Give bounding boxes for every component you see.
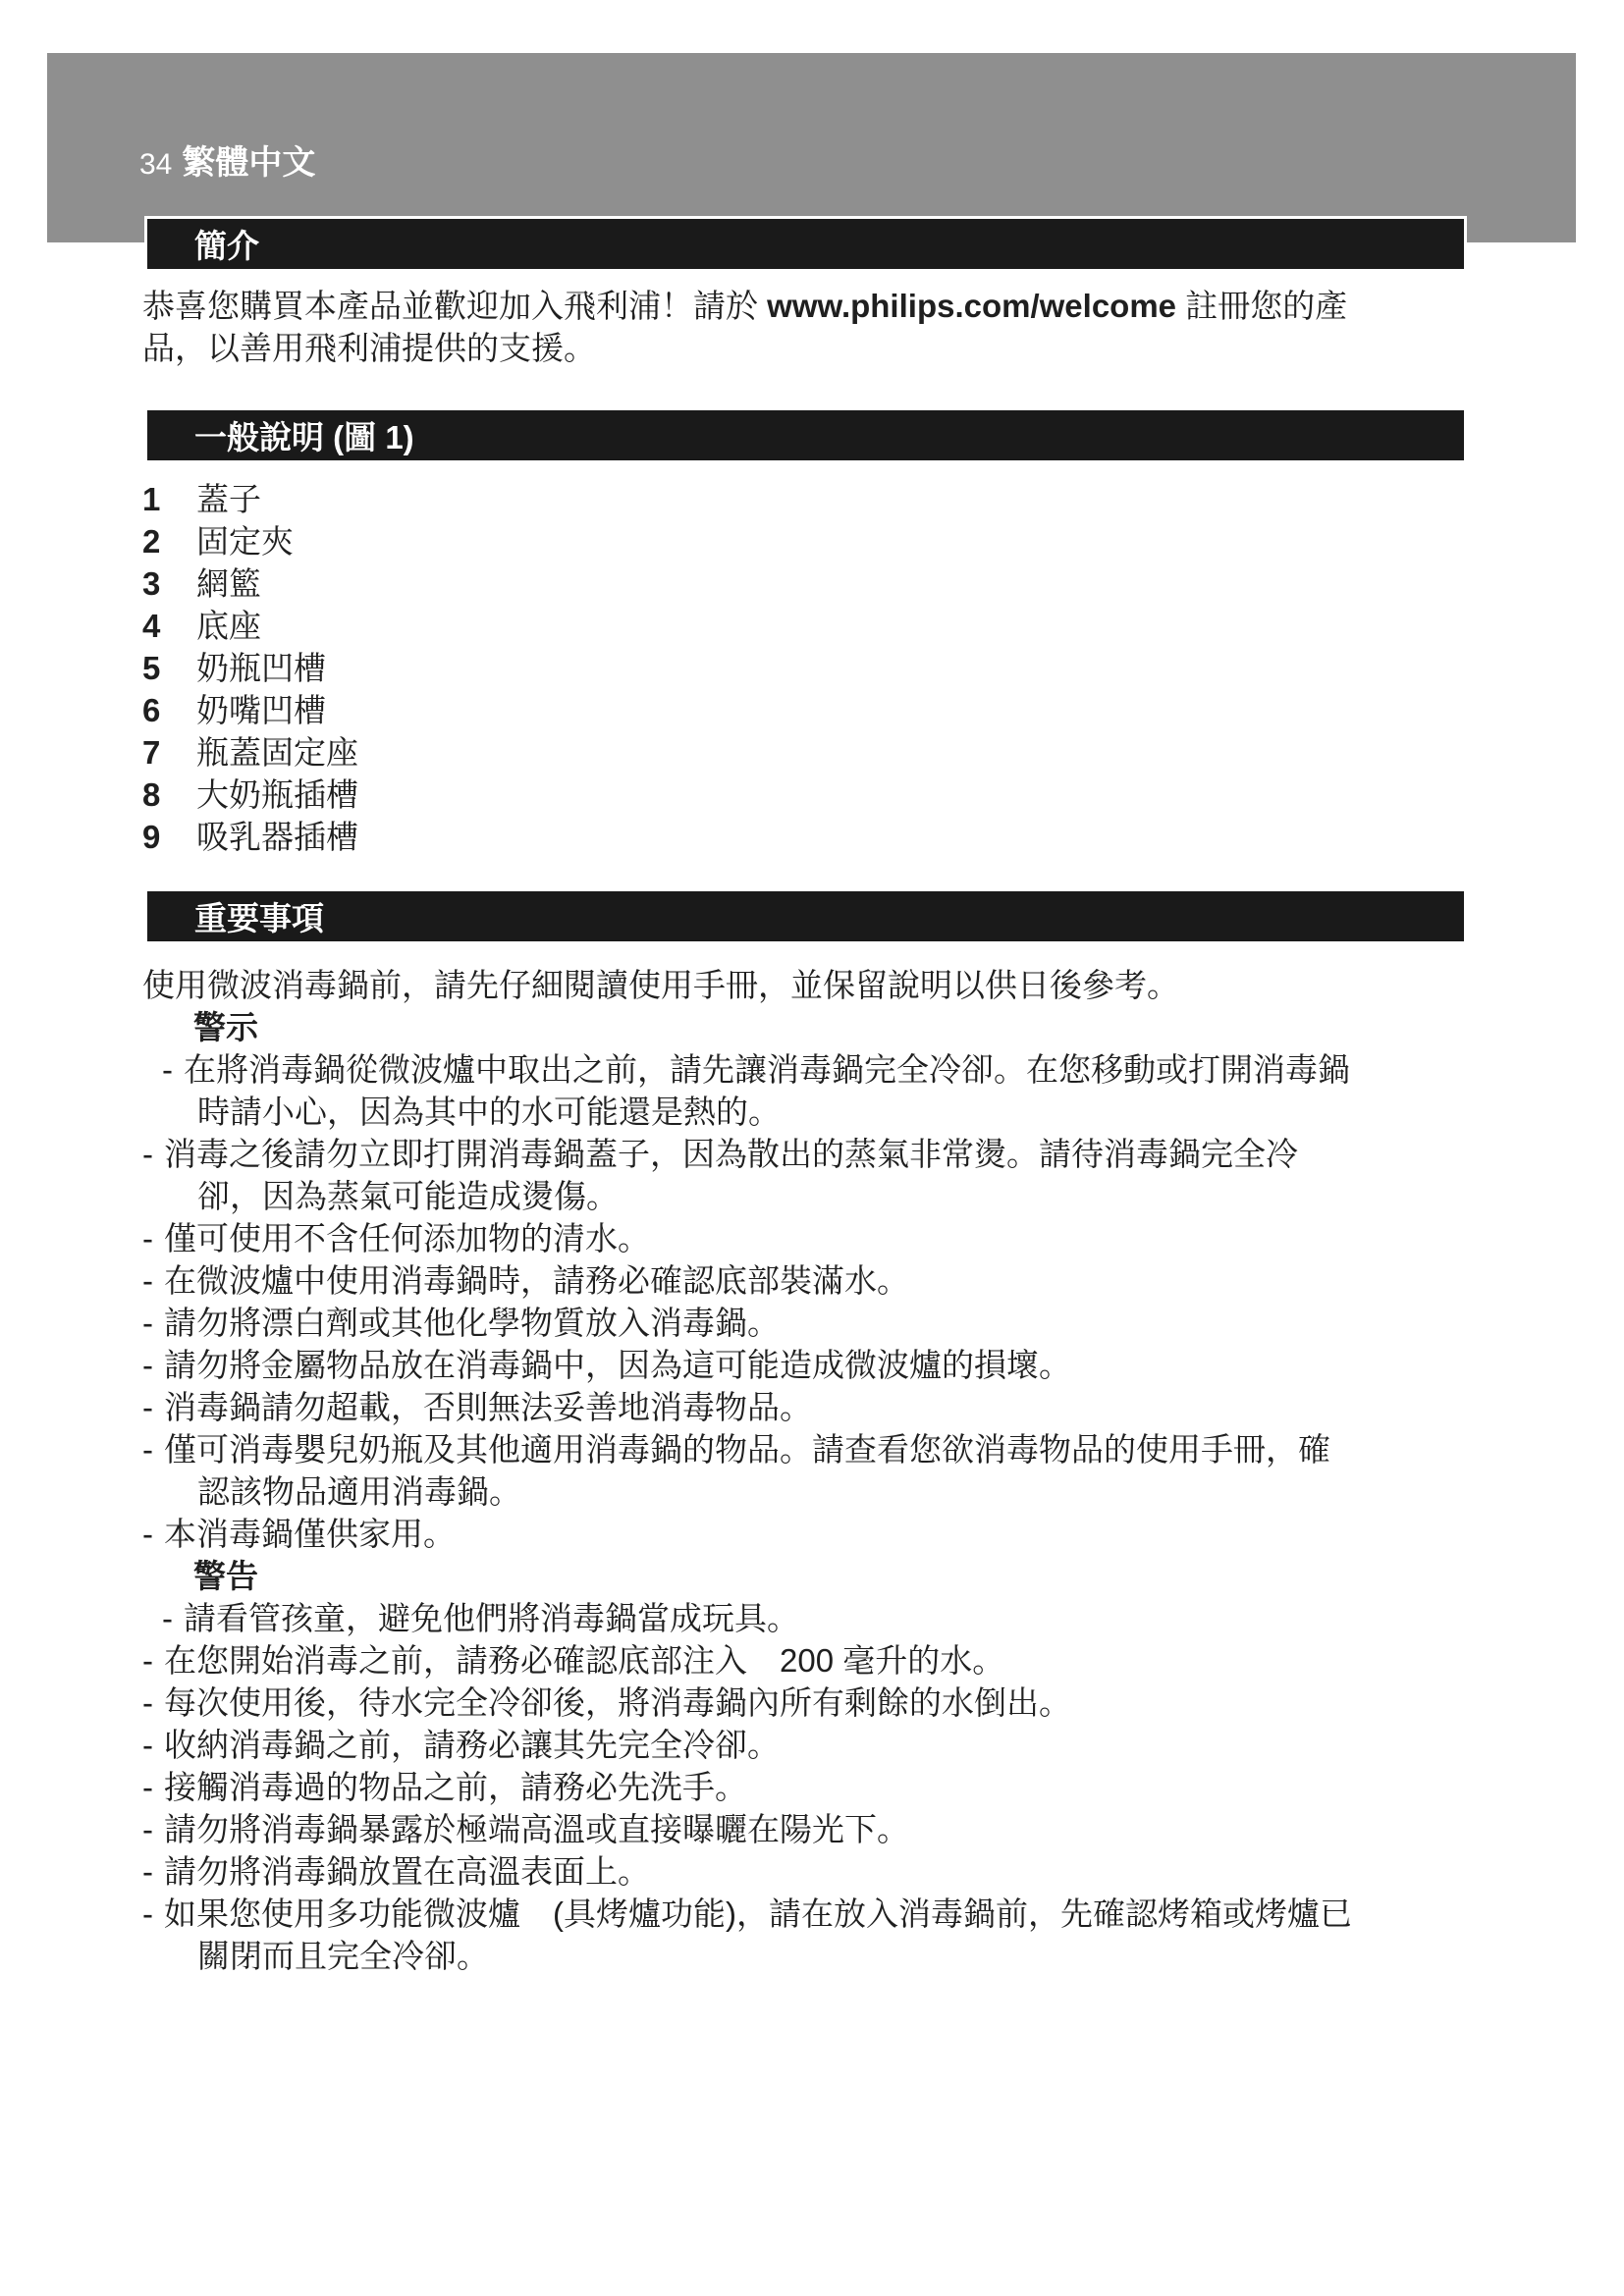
warning-item: - 消毒之後請勿立即打開消毒鍋蓋子，因為散出的蒸氣非常燙。請待消毒鍋完全冷 卻，… <box>142 1133 1517 1217</box>
dash-bullet: - <box>142 1428 164 1470</box>
dash-bullet: - <box>142 1302 164 1344</box>
part-label: 底座 <box>196 605 261 647</box>
warning-item-text: 僅可使用不含任何添加物的清水。 <box>164 1217 650 1259</box>
warning-subhead: 警示 <box>193 1006 1517 1048</box>
part-list-item: 2 固定夾 <box>142 520 358 562</box>
intro-text: 恭喜您購買本產品並歡迎加入飛利浦！請於 <box>142 288 767 324</box>
important-intro: 使用微波消毒鍋前，請先仔細閱讀使用手冊，並保留說明以供日後參考。 <box>142 964 1179 1006</box>
warning-item: - 在微波爐中使用消毒鍋時，請務必確認底部裝滿水。 <box>142 1259 1517 1302</box>
warning-subhead: 警告 <box>193 1555 1517 1597</box>
warning-item: - 請勿將金屬物品放在消毒鍋中，因為這可能造成微波爐的損壞。 <box>142 1344 1517 1386</box>
warning-item-text: 收納消毒鍋之前，請務必讓其先完全冷卻。 <box>164 1724 780 1766</box>
warning-item: - 請勿將漂白劑或其他化學物質放入消毒鍋。 <box>142 1302 1517 1344</box>
warning-item-line: - 請看管孩童，避免他們將消毒鍋當成玩具。 <box>162 1597 1517 1639</box>
part-label: 固定夾 <box>196 520 294 562</box>
warning-item-text: 請看管孩童，避免他們將消毒鍋當成玩具。 <box>184 1597 799 1639</box>
part-number: 5 <box>142 647 196 689</box>
intro-line-2: 品，以善用飛利浦提供的支援。 <box>142 327 1347 369</box>
warning-item-line: - 在將消毒鍋從微波爐中取出之前，請先讓消毒鍋完全冷卻。在您移動或打開消毒鍋 <box>162 1048 1517 1091</box>
warning-item-text: 請勿將漂白劑或其他化學物質放入消毒鍋。 <box>164 1302 780 1344</box>
section-header-important: 重要事項 <box>144 888 1467 944</box>
warning-item-continuation: 時請小心，因為其中的水可能還是熱的。 <box>197 1091 1517 1133</box>
part-label: 瓶蓋固定座 <box>196 731 358 774</box>
warning-item-text: 接觸消毒過的物品之前，請務必先洗手。 <box>164 1766 747 1808</box>
intro-paragraph: 恭喜您購買本產品並歡迎加入飛利浦！請於 www.philips.com/welc… <box>142 285 1347 369</box>
part-label: 奶嘴凹槽 <box>196 689 326 731</box>
dash-bullet: - <box>142 1344 164 1386</box>
part-list-item: 9 吸乳器插槽 <box>142 816 358 858</box>
part-number: 7 <box>142 731 196 774</box>
dash-bullet: - <box>142 1850 164 1893</box>
section-title-general: 一般說明 (圖 1) <box>194 412 414 458</box>
part-label: 奶瓶凹槽 <box>196 647 326 689</box>
dash-bullet: - <box>142 1808 164 1850</box>
part-number: 3 <box>142 562 196 605</box>
warning-item-line: - 僅可消毒嬰兒奶瓶及其他適用消毒鍋的物品。請查看您欲消毒物品的使用手冊，確 <box>142 1428 1517 1470</box>
warning-item-line: - 請勿將漂白劑或其他化學物質放入消毒鍋。 <box>142 1302 1517 1344</box>
part-label: 網籃 <box>196 562 261 605</box>
dash-bullet: - <box>162 1048 184 1091</box>
dash-bullet: - <box>142 1724 164 1766</box>
important-blocks: 警示 - 在將消毒鍋從微波爐中取出之前，請先讓消毒鍋完全冷卻。在您移動或打開消毒… <box>142 1006 1517 1977</box>
parts-list: 1 蓋子 2 固定夾 3 網籃 4 底座 5 奶瓶凹槽 6 奶嘴凹槽 7 瓶蓋固… <box>142 478 358 858</box>
part-list-item: 6 奶嘴凹槽 <box>142 689 358 731</box>
part-list-item: 7 瓶蓋固定座 <box>142 731 358 774</box>
warning-item-line: - 接觸消毒過的物品之前，請務必先洗手。 <box>142 1766 1517 1808</box>
page-header-text: 34繁體中文 <box>139 135 315 184</box>
manual-page: 34繁體中文 簡介 恭喜您購買本產品並歡迎加入飛利浦！請於 www.philip… <box>0 0 1624 2296</box>
dash-bullet: - <box>142 1682 164 1724</box>
dash-bullet: - <box>142 1893 164 1935</box>
section-title-important: 重要事項 <box>194 893 324 939</box>
warning-item-line: - 請勿將金屬物品放在消毒鍋中，因為這可能造成微波爐的損壞。 <box>142 1344 1517 1386</box>
warning-item-line: - 請勿將消毒鍋暴露於極端高溫或直接曝曬在陽光下。 <box>142 1808 1517 1850</box>
warning-item-text: 消毒鍋請勿超載，否則無法妥善地消毒物品。 <box>164 1386 812 1428</box>
warning-item-text: 僅可消毒嬰兒奶瓶及其他適用消毒鍋的物品。請查看您欲消毒物品的使用手冊，確 <box>164 1428 1330 1470</box>
warning-item-text: 請勿將消毒鍋放置在高溫表面上。 <box>164 1850 650 1893</box>
warning-item-line: - 請勿將消毒鍋放置在高溫表面上。 <box>142 1850 1517 1893</box>
dash-bullet: - <box>142 1766 164 1808</box>
warning-item-text: 請勿將金屬物品放在消毒鍋中，因為這可能造成微波爐的損壞。 <box>164 1344 1071 1386</box>
intro-text: 註冊您的產 <box>1176 288 1347 324</box>
warning-item-line: - 消毒鍋請勿超載，否則無法妥善地消毒物品。 <box>142 1386 1517 1428</box>
warning-item-line: - 每次使用後，待水完全冷卻後，將消毒鍋內所有剩餘的水倒出。 <box>142 1682 1517 1724</box>
language-label: 繁體中文 <box>182 144 315 182</box>
dash-bullet: - <box>142 1133 164 1175</box>
warning-item: - 如果您使用多功能微波爐 (具烤爐功能)，請在放入消毒鍋前，先確認烤箱或烤爐已… <box>142 1893 1517 1977</box>
warning-item-line: - 本消毒鍋僅供家用。 <box>142 1513 1517 1555</box>
warning-item-text: 請勿將消毒鍋暴露於極端高溫或直接曝曬在陽光下。 <box>164 1808 909 1850</box>
warning-item-text: 本消毒鍋僅供家用。 <box>164 1513 456 1555</box>
part-number: 4 <box>142 605 196 647</box>
part-number: 9 <box>142 816 196 858</box>
section-header-general: 一般說明 (圖 1) <box>144 407 1467 463</box>
warning-item: - 本消毒鍋僅供家用。 <box>142 1513 1517 1555</box>
dash-bullet: - <box>142 1217 164 1259</box>
warning-item-line: - 在您開始消毒之前，請務必確認底部注入 200 毫升的水。 <box>142 1639 1517 1682</box>
warning-item: - 在將消毒鍋從微波爐中取出之前，請先讓消毒鍋完全冷卻。在您移動或打開消毒鍋 時… <box>142 1048 1517 1133</box>
warning-item: - 僅可使用不含任何添加物的清水。 <box>142 1217 1517 1259</box>
part-list-item: 8 大奶瓶插槽 <box>142 774 358 816</box>
part-number: 8 <box>142 774 196 816</box>
warning-item: - 請勿將消毒鍋暴露於極端高溫或直接曝曬在陽光下。 <box>142 1808 1517 1850</box>
dash-bullet: - <box>142 1386 164 1428</box>
warning-item-text: 在將消毒鍋從微波爐中取出之前，請先讓消毒鍋完全冷卻。在您移動或打開消毒鍋 <box>184 1048 1350 1091</box>
warning-item: - 消毒鍋請勿超載，否則無法妥善地消毒物品。 <box>142 1386 1517 1428</box>
warning-item: - 每次使用後，待水完全冷卻後，將消毒鍋內所有剩餘的水倒出。 <box>142 1682 1517 1724</box>
warning-item-line: - 收納消毒鍋之前，請務必讓其先完全冷卻。 <box>142 1724 1517 1766</box>
part-list-item: 3 網籃 <box>142 562 358 605</box>
warning-item-line: - 如果您使用多功能微波爐 (具烤爐功能)，請在放入消毒鍋前，先確認烤箱或烤爐已 <box>142 1893 1517 1935</box>
warning-item-text: 在您開始消毒之前，請務必確認底部注入 200 毫升的水。 <box>164 1639 1004 1682</box>
part-number: 6 <box>142 689 196 731</box>
dash-bullet: - <box>142 1513 164 1555</box>
warning-item: - 請看管孩童，避免他們將消毒鍋當成玩具。 <box>142 1597 1517 1639</box>
part-list-item: 4 底座 <box>142 605 358 647</box>
section-title-intro: 簡介 <box>194 221 259 267</box>
warning-item-continuation: 關閉而且完全冷卻。 <box>197 1935 1517 1977</box>
page-number: 34 <box>139 148 172 181</box>
warning-item-continuation: 認該物品適用消毒鍋。 <box>197 1470 1517 1513</box>
philips-url: www.philips.com/welcome <box>767 288 1176 324</box>
warning-item: - 在您開始消毒之前，請務必確認底部注入 200 毫升的水。 <box>142 1639 1517 1682</box>
part-label: 大奶瓶插槽 <box>196 774 358 816</box>
warning-item-text: 如果您使用多功能微波爐 (具烤爐功能)，請在放入消毒鍋前，先確認烤箱或烤爐已 <box>164 1893 1352 1935</box>
warning-item-text: 消毒之後請勿立即打開消毒鍋蓋子，因為散出的蒸氣非常燙。請待消毒鍋完全冷 <box>164 1133 1298 1175</box>
dash-bullet: - <box>142 1259 164 1302</box>
warning-item-text: 每次使用後，待水完全冷卻後，將消毒鍋內所有剩餘的水倒出。 <box>164 1682 1071 1724</box>
part-label: 蓋子 <box>196 478 261 520</box>
dash-bullet: - <box>142 1639 164 1682</box>
part-list-item: 1 蓋子 <box>142 478 358 520</box>
warning-item-line: - 在微波爐中使用消毒鍋時，請務必確認底部裝滿水。 <box>142 1259 1517 1302</box>
warning-item-text: 在微波爐中使用消毒鍋時，請務必確認底部裝滿水。 <box>164 1259 909 1302</box>
warning-item: - 僅可消毒嬰兒奶瓶及其他適用消毒鍋的物品。請查看您欲消毒物品的使用手冊，確 認… <box>142 1428 1517 1513</box>
page-header-band: 34繁體中文 <box>47 53 1576 242</box>
warning-item-line: - 消毒之後請勿立即打開消毒鍋蓋子，因為散出的蒸氣非常燙。請待消毒鍋完全冷 <box>142 1133 1517 1175</box>
part-number: 2 <box>142 520 196 562</box>
warning-item: - 接觸消毒過的物品之前，請務必先洗手。 <box>142 1766 1517 1808</box>
part-label: 吸乳器插槽 <box>196 816 358 858</box>
part-number: 1 <box>142 478 196 520</box>
section-header-intro: 簡介 <box>144 216 1467 272</box>
warning-item-line: - 僅可使用不含任何添加物的清水。 <box>142 1217 1517 1259</box>
warning-item: - 請勿將消毒鍋放置在高溫表面上。 <box>142 1850 1517 1893</box>
dash-bullet: - <box>162 1597 184 1639</box>
warning-item: - 收納消毒鍋之前，請務必讓其先完全冷卻。 <box>142 1724 1517 1766</box>
part-list-item: 5 奶瓶凹槽 <box>142 647 358 689</box>
intro-line-1: 恭喜您購買本產品並歡迎加入飛利浦！請於 www.philips.com/welc… <box>142 285 1347 327</box>
warning-item-continuation: 卻，因為蒸氣可能造成燙傷。 <box>197 1175 1517 1217</box>
